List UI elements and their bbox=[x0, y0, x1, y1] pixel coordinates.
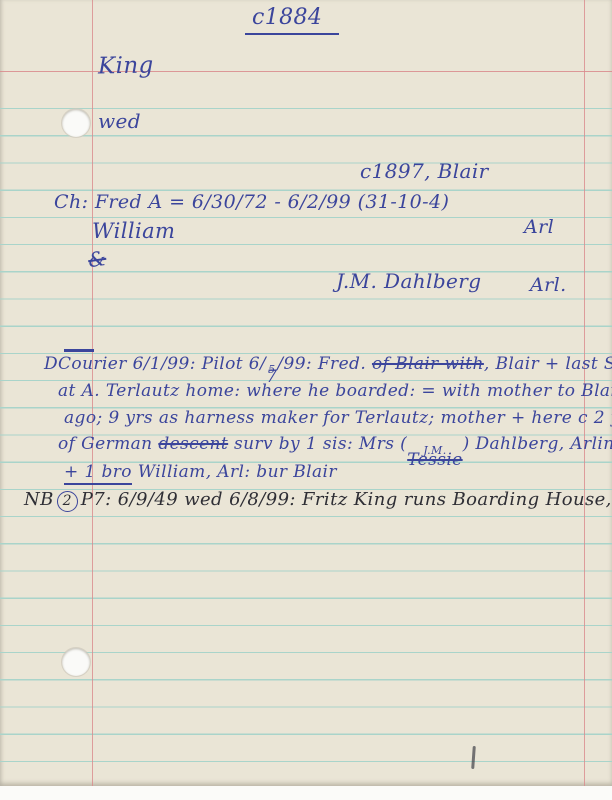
wed-label: wed bbox=[98, 109, 141, 133]
underlined-words: + 1 bro bbox=[64, 462, 132, 485]
obituary-line-3: ago; 9 yrs as harness maker for Terlautz… bbox=[64, 408, 612, 428]
ink-scratch-mark bbox=[471, 746, 476, 769]
hole-punch-top bbox=[62, 109, 90, 137]
hole-punch-bottom bbox=[62, 648, 90, 676]
nb-text: P7: 6/9/49 wed 6/8/99: Fritz King runs B… bbox=[81, 489, 612, 510]
obituary-line-5: + 1 bro William, Arl: bur Blair bbox=[64, 462, 337, 482]
nb-label: NB bbox=[24, 489, 54, 510]
struck-words: of Blair with bbox=[372, 354, 484, 374]
obit-l1-text: DCourier 6/1/99: Pilot 6/ bbox=[44, 354, 266, 374]
stray-pen-mark bbox=[64, 349, 94, 352]
title-underline bbox=[245, 33, 339, 35]
abbrev-arl-2: Arl. bbox=[530, 274, 567, 296]
obituary-line-1: DCourier 6/1/99: Pilot 6/57/99: Fred. of… bbox=[44, 354, 612, 382]
scanned-notebook-page: c1884 King wed c1897, Blair Ch: Fred A =… bbox=[0, 0, 612, 800]
abbrev-arl-1: Arl bbox=[524, 216, 554, 238]
obituary-line-2: at A. Terlautz home: where he boarded: =… bbox=[58, 381, 612, 401]
child-william: William bbox=[92, 219, 175, 243]
children-line: Ch: Fred A = 6/30/72 - 6/2/99 (31-10-4) bbox=[54, 191, 449, 213]
scribbled-character: & bbox=[86, 246, 107, 272]
obituary-line-4: of German descent surv by 1 sis: Mrs (J.… bbox=[58, 434, 612, 465]
struck-word-descent: descent bbox=[158, 434, 228, 454]
nb-annotation-line: NB2P7: 6/9/49 wed 6/8/99: Fritz King run… bbox=[24, 489, 612, 512]
informant-name: J.M. Dahlberg bbox=[336, 269, 481, 293]
date-place: c1897, Blair bbox=[360, 159, 489, 183]
surname: King bbox=[98, 53, 154, 80]
page-title: c1884 bbox=[252, 5, 322, 30]
paper-sheet: c1884 King wed c1897, Blair Ch: Fred A =… bbox=[0, 0, 612, 786]
circled-number: 2 bbox=[57, 491, 78, 512]
name-correction: J.M.Tessie bbox=[407, 448, 462, 465]
